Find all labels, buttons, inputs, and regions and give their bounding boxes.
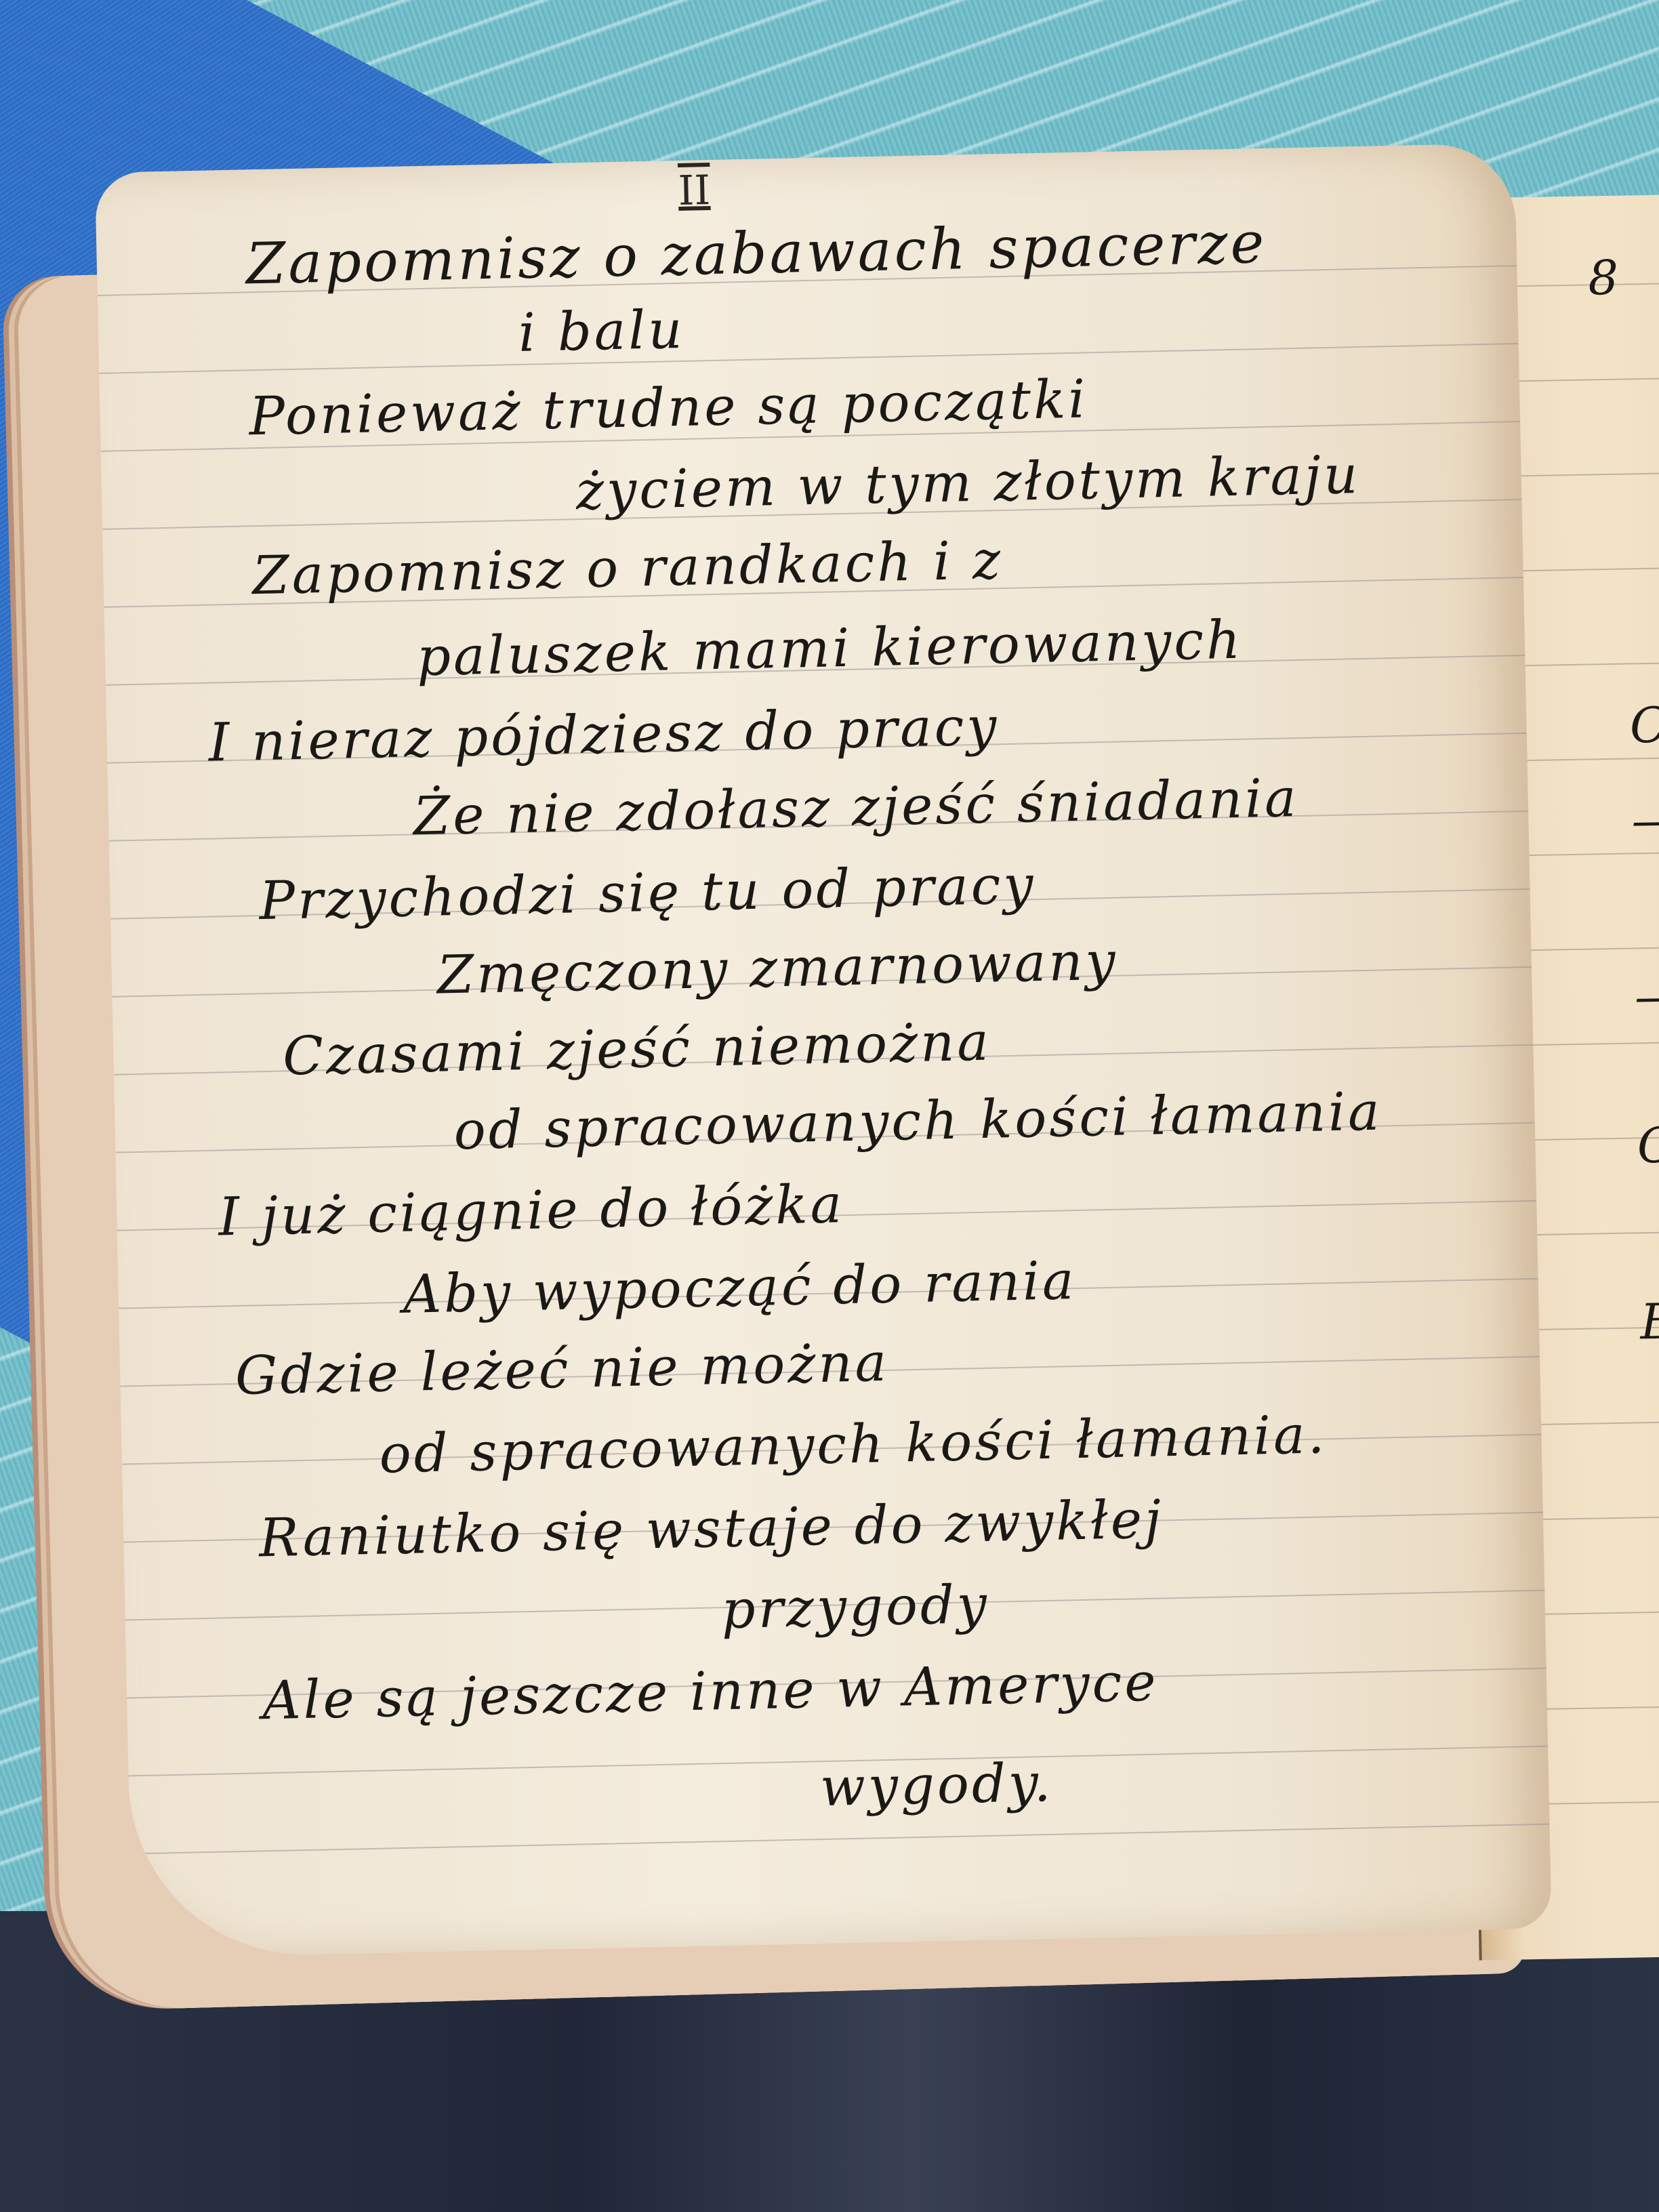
facing-page-fragment: C	[1629, 697, 1659, 754]
handwritten-line: paluszek mami kierowanych	[416, 610, 1244, 689]
handwritten-line: przygody	[721, 1574, 990, 1641]
handwritten-line: I już ciągnie do łóżka	[218, 1174, 845, 1248]
facing-page-fragment: —	[1631, 791, 1659, 848]
handwritten-line: wygody.	[819, 1753, 1054, 1818]
handwritten-line: Aby wypocząć do rania	[403, 1250, 1077, 1326]
handwritten-line: Raniutko się wstaje do zwykłej	[258, 1489, 1164, 1569]
page-number: II	[678, 167, 711, 215]
handwritten-line: od spracowanych kości łamania.	[379, 1404, 1328, 1485]
handwritten-line: Zapomnisz o randkach i z	[252, 530, 1004, 607]
handwritten-line: i balu	[518, 300, 685, 364]
handwritten-line: Ponieważ trudne są początki	[249, 369, 1088, 447]
notebook-page: II Zapomnisz o zabawach spacerze i balu …	[95, 143, 1552, 1958]
handwritten-line: I nieraz pójdziesz do pracy	[208, 696, 1000, 773]
handwritten-line: Czasami zjeść niemożna	[282, 1012, 991, 1088]
handwritten-line: Zapomnisz o zabawach spacerze	[245, 209, 1267, 298]
facing-page-number: 8	[1588, 250, 1619, 306]
handwritten-line: Że nie zdołasz zjeść śniadania	[413, 768, 1299, 847]
facing-page-fragment: —	[1634, 967, 1659, 1025]
facing-page-fragment: B	[1640, 1292, 1659, 1350]
handwritten-line: Przychodzi się tu od pracy	[259, 855, 1037, 932]
handwritten-line: Ale są jeszcze inne w Ameryce	[262, 1652, 1159, 1732]
handwritten-line: życiem w tym złotym kraju	[575, 445, 1361, 522]
handwritten-line: Gdzie leżeć nie można	[234, 1332, 890, 1407]
facing-page-fragment: C	[1637, 1116, 1659, 1174]
handwritten-line: Zmęczony zmarnowany	[436, 931, 1118, 1006]
handwritten-line: od spracowanych kości łamania	[453, 1082, 1383, 1162]
